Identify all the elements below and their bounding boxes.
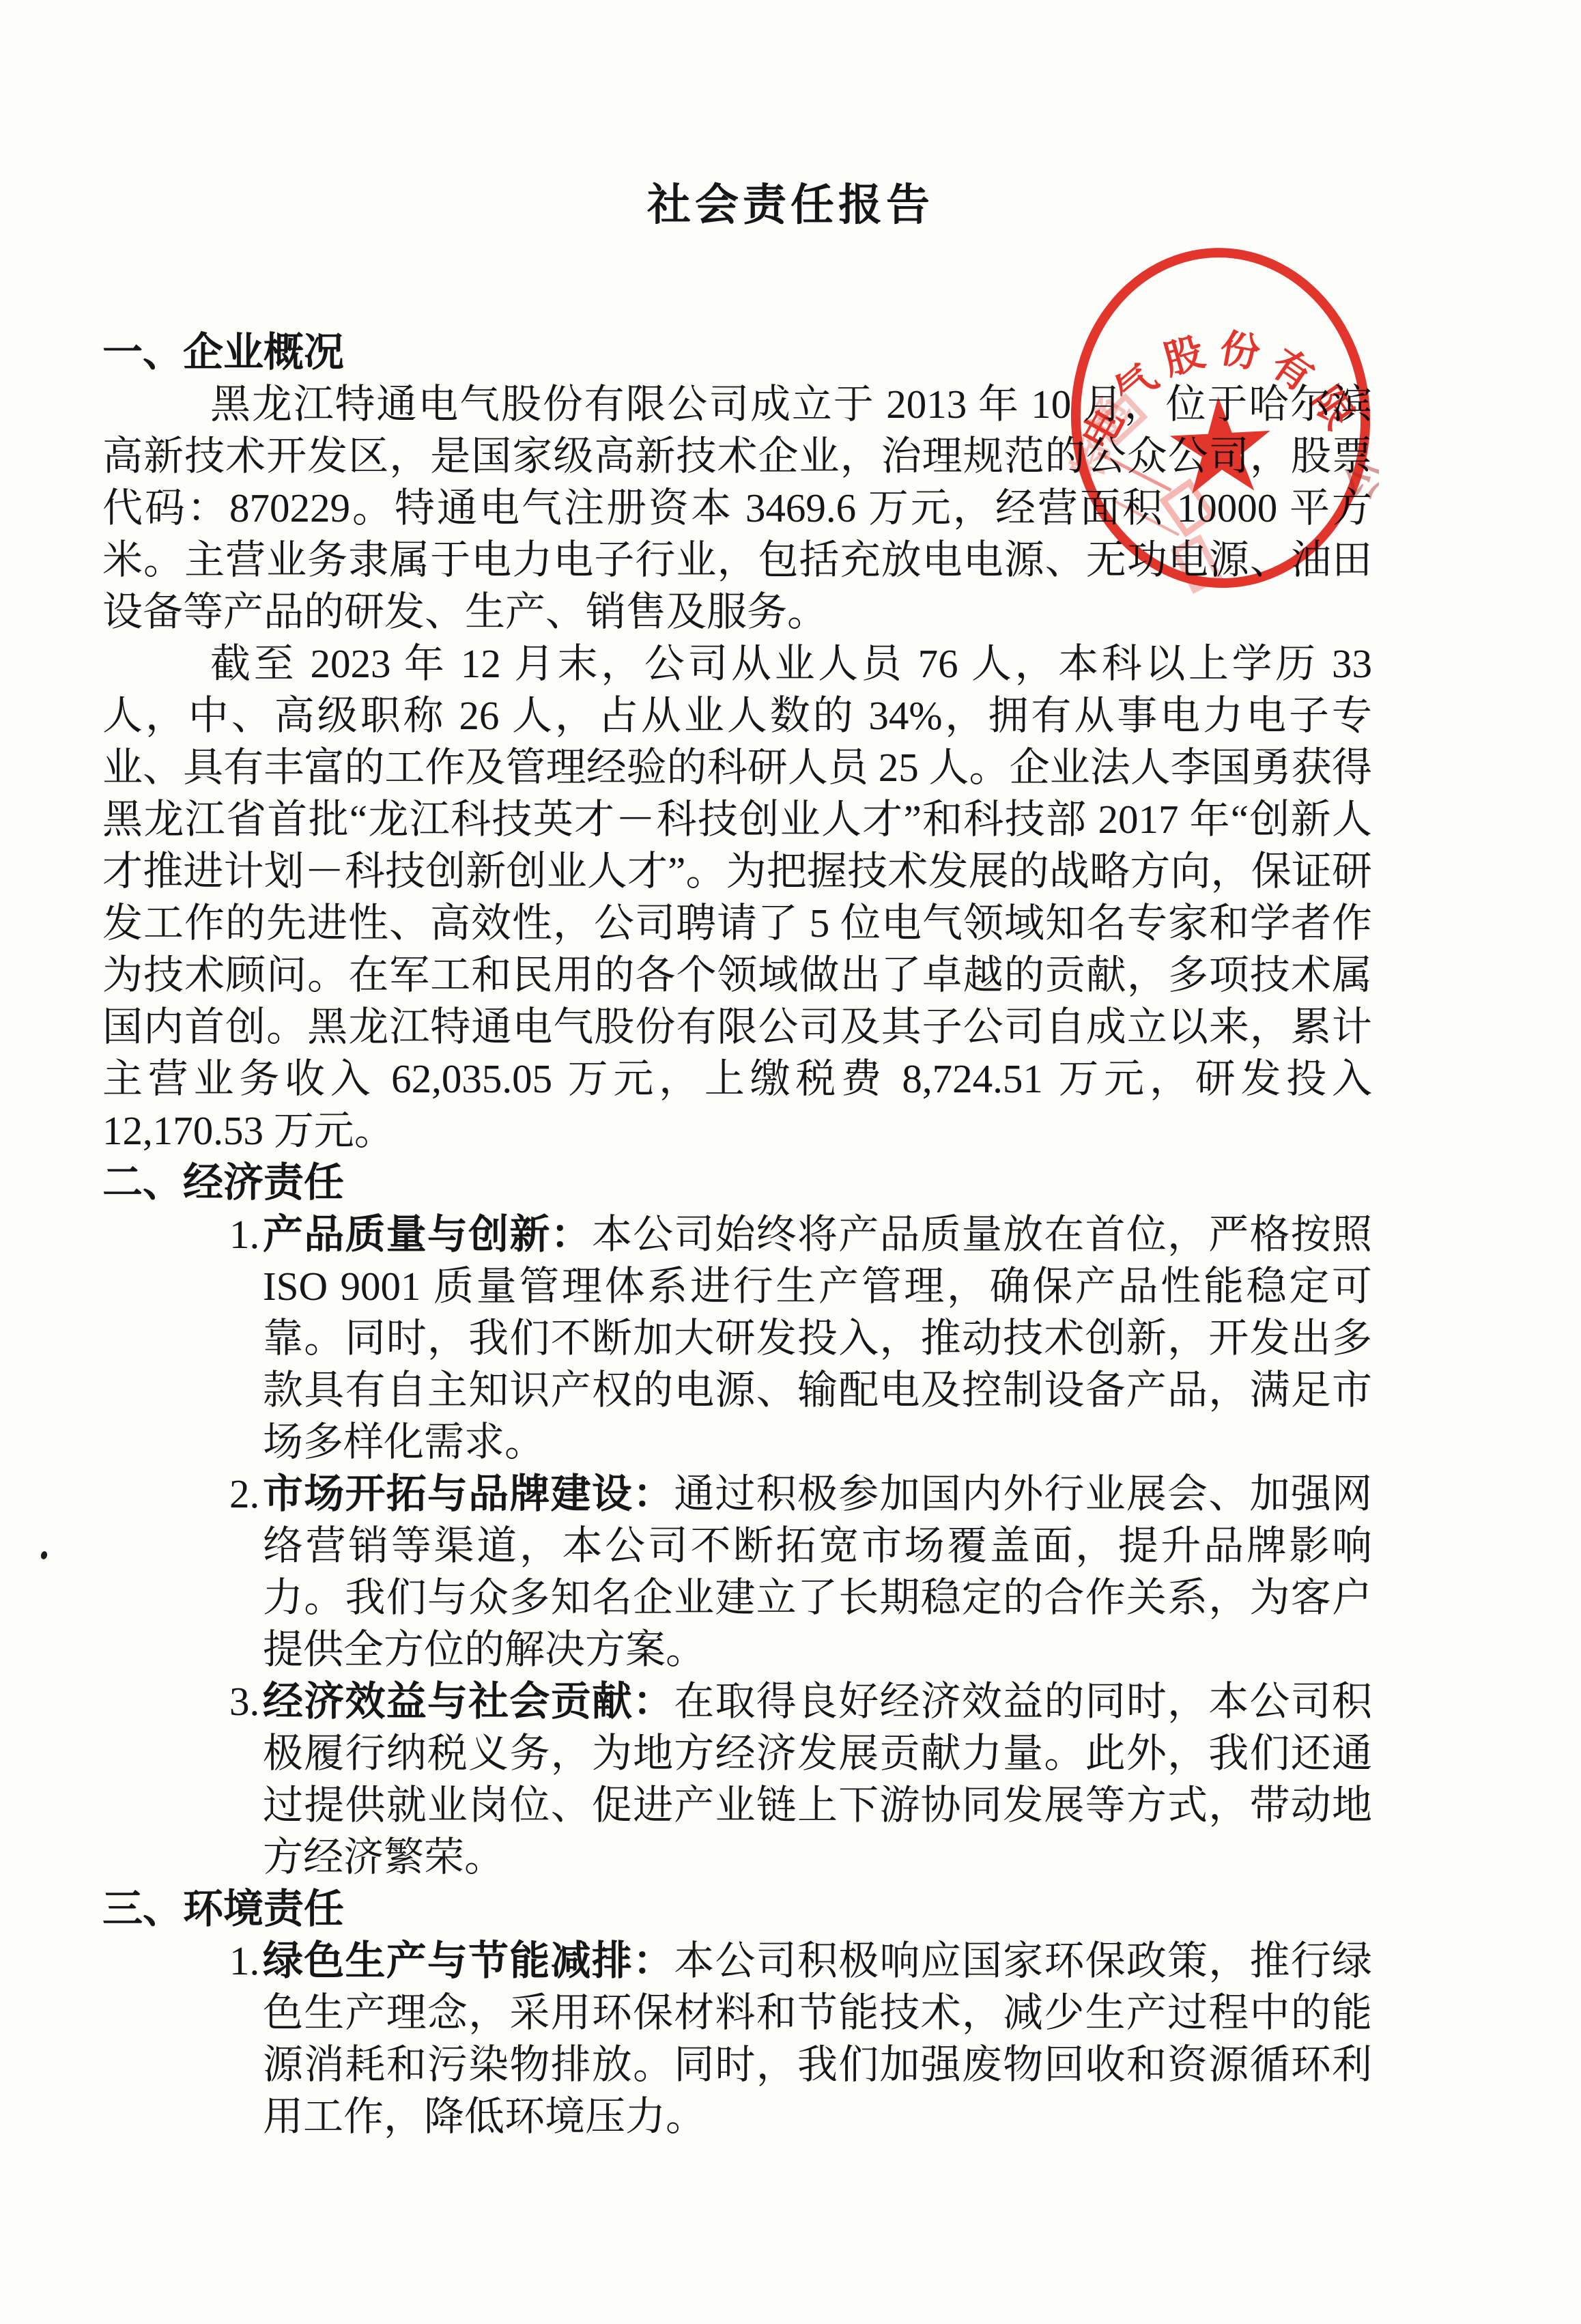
document-body: 一、企业概况 黑龙江特通电气股份有限公司成立于 2013 年 10 月，位于哈尔… bbox=[102, 326, 1372, 2142]
page-title: 社会责任报告 bbox=[0, 179, 1581, 232]
company-seal-stamp: 特通 电气股份有限 公 ★ bbox=[1065, 240, 1379, 595]
document-page: 社会责任报告 一、企业概况 黑龙江特通电气股份有限公司成立于 2013 年 10… bbox=[0, 0, 1581, 2324]
list-item-lead: 市场开拓与品牌建设： bbox=[263, 1471, 674, 1516]
list-item-economic-benefit: 3.经济效益与社会贡献：在取得良好经济效益的同时，本公司积极履行纳税义务，为地方… bbox=[102, 1675, 1372, 1883]
list-item-number: 1. bbox=[229, 1935, 263, 1987]
seal-star-icon: ★ bbox=[1158, 368, 1283, 526]
list-item-lead: 绿色生产与节能减排： bbox=[263, 1938, 674, 1983]
list-item-lead: 产品质量与创新： bbox=[263, 1212, 592, 1257]
list-item-market-brand: 2.市场开拓与品牌建设：通过积极参加国内外行业展会、加强网络营销等渠道，本公司不… bbox=[102, 1468, 1372, 1675]
list-item-green-production: 1.绿色生产与节能减排：本公司积极响应国家环保政策，推行绿色生产理念，采用环保材… bbox=[102, 1935, 1372, 2142]
list-item-lead: 经济效益与社会贡献： bbox=[263, 1679, 674, 1724]
paragraph-company-staff: 截至 2023 年 12 月末，公司从业人员 76 人，本科以上学历 33 人，… bbox=[102, 638, 1372, 1157]
section-heading-economic-responsibility: 二、经济责任 bbox=[102, 1157, 1372, 1208]
scan-speck-artifact bbox=[40, 1550, 48, 1560]
list-item-number: 3. bbox=[229, 1675, 263, 1727]
list-item-product-quality: 1.产品质量与创新：本公司始终将产品质量放在首位，严格按照 ISO 9001 质… bbox=[102, 1208, 1372, 1468]
list-item-number: 1. bbox=[229, 1208, 263, 1260]
list-item-number: 2. bbox=[229, 1468, 263, 1520]
section-heading-environment-responsibility: 三、环境责任 bbox=[102, 1883, 1372, 1935]
